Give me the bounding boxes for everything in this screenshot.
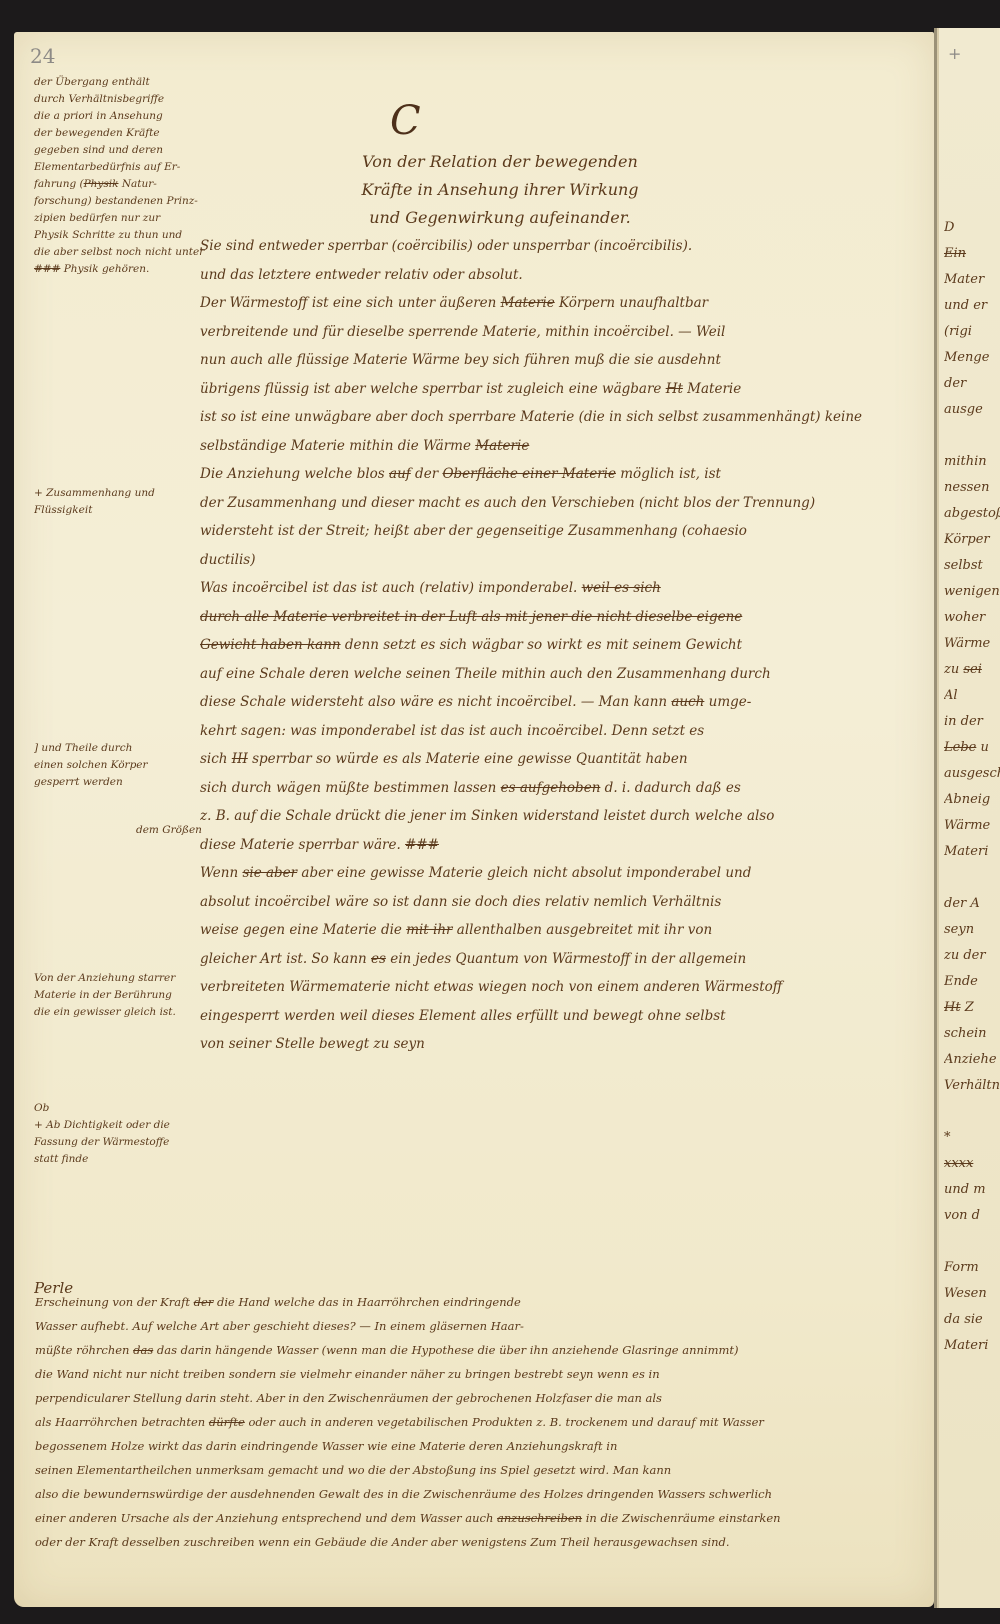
title-line: Von der Relation der bewegenden xyxy=(250,148,750,176)
margin-line: der bewegenden Kräfte xyxy=(34,125,224,142)
margin-line: ### Physik gehören. xyxy=(34,261,224,278)
struck-text: III xyxy=(232,751,248,767)
struck-text: anzuschreiben xyxy=(497,1511,582,1525)
struck-text: es xyxy=(371,951,386,967)
text-line: (rigi xyxy=(944,319,1000,345)
struck-text: ### xyxy=(34,263,60,275)
text-line: Abneig xyxy=(944,787,1000,813)
text-line: kehrt sagen: was imponderabel ist das is… xyxy=(200,717,920,746)
struck-text: weil es sich xyxy=(582,580,661,596)
margin-note-top: der Übergang enthältdurch Verhältnisbegr… xyxy=(34,74,224,278)
text-line: Wenn sie aber aber eine gewisse Materie … xyxy=(200,859,920,888)
text-line: Wärme xyxy=(944,631,1000,657)
text-line: wenigen xyxy=(944,579,1000,605)
text-line: Was incoërcibel ist das ist auch (relati… xyxy=(200,574,920,603)
margin-line: forschung) bestandenen Prinz- xyxy=(34,193,224,210)
text-line: sich durch wägen müßte bestimmen lassen … xyxy=(200,774,920,803)
text-line: Wesen xyxy=(944,1281,1000,1307)
text-line: mithin xyxy=(944,449,1000,475)
text-line: in der xyxy=(944,709,1000,735)
struck-text: der xyxy=(194,1295,214,1309)
text-line: Verhältn xyxy=(944,1073,1000,1099)
text-line: selbst xyxy=(944,553,1000,579)
adjacent-page-mark: + xyxy=(948,44,961,63)
text-line: Materi xyxy=(944,1333,1000,1359)
text-line: sich III sperrbar so würde es als Materi… xyxy=(200,745,920,774)
text-line: nun auch alle flüssige Materie Wärme bey… xyxy=(200,346,920,375)
text-line: absolut incoërcibel wäre so ist dann sie… xyxy=(200,888,920,917)
text-line: begossenem Holze wirkt das darin eindrin… xyxy=(35,1434,915,1458)
struck-text: Materie xyxy=(501,295,555,311)
struck-text: Ht xyxy=(944,1000,961,1015)
adjacent-page-text: DEinMaterund er(rigiMengederausge mithin… xyxy=(944,215,1000,1359)
text-line: nessen xyxy=(944,475,1000,501)
margin-line: die aber selbst noch nicht unter xyxy=(34,244,224,261)
text-line: Menge xyxy=(944,345,1000,371)
margin-line: Materie in der Berührung xyxy=(34,987,224,1004)
text-line: * xyxy=(944,1125,1000,1151)
text-line: zu sei xyxy=(944,657,1000,683)
text-line: Körper xyxy=(944,527,1000,553)
text-line: von seiner Stelle bewegt zu seyn xyxy=(200,1030,920,1059)
text-line: durch alle Materie verbreitet in der Luf… xyxy=(200,603,920,632)
text-line: weise gegen eine Materie die mit ihr all… xyxy=(200,916,920,945)
struck-text: auf xyxy=(389,466,411,482)
text-line xyxy=(944,423,1000,449)
margin-line: Ob xyxy=(34,1100,224,1117)
text-line: der A xyxy=(944,891,1000,917)
margin-line: Physik Schritte zu thun und xyxy=(34,227,224,244)
text-line: als Haarröhrchen betrachten dürfte oder … xyxy=(35,1410,915,1434)
section-letter: C xyxy=(390,98,421,144)
text-line: Materi xyxy=(944,839,1000,865)
text-line: gleicher Art ist. So kann es ein jedes Q… xyxy=(200,945,920,974)
text-line: perpendicularer Stellung darin steht. Ab… xyxy=(35,1386,915,1410)
margin-line: durch Verhältnisbegriffe xyxy=(34,91,224,108)
section-title: Von der Relation der bewegenden Kräfte i… xyxy=(250,148,750,232)
text-line: Erscheinung von der Kraft der die Hand w… xyxy=(35,1290,915,1314)
text-line: der xyxy=(944,371,1000,397)
margin-line: der Übergang enthält xyxy=(34,74,224,91)
text-line xyxy=(944,1229,1000,1255)
struck-text: Ein xyxy=(944,246,966,261)
text-line: selbständige Materie mithin die Wärme Ma… xyxy=(200,432,920,461)
text-line: xxxx xyxy=(944,1151,1000,1177)
text-line: ductilis) xyxy=(200,546,920,575)
text-line: der Zusammenhang und dieser macht es auc… xyxy=(200,489,920,518)
main-text: Sie sind entweder sperrbar (coërcibilis)… xyxy=(200,232,920,1059)
text-line: da sie xyxy=(944,1307,1000,1333)
margin-line: einen solchen Körper xyxy=(34,757,224,774)
text-line: verbreiteten Wärmematerie nicht etwas wi… xyxy=(200,973,920,1002)
text-line: Der Wärmestoff ist eine sich unter äußer… xyxy=(200,289,920,318)
text-line: seinen Elementartheilchen unmerksam gema… xyxy=(35,1458,915,1482)
struck-text: sei xyxy=(963,662,982,677)
text-line: Ein xyxy=(944,241,1000,267)
text-line: zu der xyxy=(944,943,1000,969)
struck-text: durch alle Materie verbreitet in der Luf… xyxy=(200,609,742,625)
struck-text: auch xyxy=(671,694,704,710)
margin-line: gesperrt werden xyxy=(34,774,224,791)
struck-text: Materie xyxy=(475,438,529,454)
struck-text: Gewicht haben kann xyxy=(200,637,341,653)
margin-note-zusammenhang: + Zusammenhang undFlüssigkeit xyxy=(34,485,224,519)
title-line: Kräfte in Ansehung ihrer Wirkung xyxy=(250,176,750,204)
struck-text: dürfte xyxy=(209,1415,245,1429)
text-line: Wärme xyxy=(944,813,1000,839)
text-line: ist so ist eine unwägbare aber doch sper… xyxy=(200,403,920,432)
text-line: Lebe u xyxy=(944,735,1000,761)
text-line: schein xyxy=(944,1021,1000,1047)
text-line xyxy=(944,1099,1000,1125)
margin-line: Flüssigkeit xyxy=(34,502,224,519)
text-line: und m xyxy=(944,1177,1000,1203)
text-line: Al xyxy=(944,683,1000,709)
text-line: übrigens flüssig ist aber welche sperrba… xyxy=(200,375,920,404)
text-line: Die Anziehung welche blos auf der Oberfl… xyxy=(200,460,920,489)
margin-line: Elementarbedürfnis auf Er- xyxy=(34,159,224,176)
struck-text: Oberfläche einer Materie xyxy=(442,466,616,482)
margin-line: ] und Theile durch xyxy=(34,740,224,757)
margin-line: + Zusammenhang und xyxy=(34,485,224,502)
text-line: müßte röhrchen das das darin hängende Wa… xyxy=(35,1338,915,1362)
text-line: von d xyxy=(944,1203,1000,1229)
text-line: Ht Z xyxy=(944,995,1000,1021)
margin-note-groessen: dem Größen xyxy=(136,822,326,839)
margin-line: + Ab Dichtigkeit oder die xyxy=(34,1117,224,1134)
text-line: woher xyxy=(944,605,1000,631)
text-line xyxy=(944,865,1000,891)
struck-text: Lebe xyxy=(944,740,976,755)
margin-note-ob: Ob+ Ab Dichtigkeit oder dieFassung der W… xyxy=(34,1100,224,1168)
text-line: ausgesch xyxy=(944,761,1000,787)
text-line: also die bewundernswürdige der ausdehnen… xyxy=(35,1482,915,1506)
margin-line: dem Größen xyxy=(136,822,326,839)
text-line: D xyxy=(944,215,1000,241)
bottom-paragraph: Erscheinung von der Kraft der die Hand w… xyxy=(35,1290,915,1554)
text-line: Wasser aufhebt. Auf welche Art aber gesc… xyxy=(35,1314,915,1338)
struck-text: sie aber xyxy=(242,865,297,881)
margin-line: die a priori in Ansehung xyxy=(34,108,224,125)
text-line: ausge xyxy=(944,397,1000,423)
title-line: und Gegenwirkung aufeinander. xyxy=(250,204,750,232)
margin-line: zipien bedürfen nur zur xyxy=(34,210,224,227)
margin-line: fahrung (Physik Natur- xyxy=(34,176,224,193)
struck-text: es aufgehoben xyxy=(501,780,601,796)
struck-text: Ht xyxy=(666,381,683,397)
text-line: auf eine Schale deren welche seinen Thei… xyxy=(200,660,920,689)
margin-line: statt finde xyxy=(34,1151,224,1168)
text-line: Form xyxy=(944,1255,1000,1281)
text-line: Ende xyxy=(944,969,1000,995)
text-line: seyn xyxy=(944,917,1000,943)
struck-text: ### xyxy=(405,837,439,853)
text-line: die Wand nicht nur nicht treiben sondern… xyxy=(35,1362,915,1386)
text-line: Sie sind entweder sperrbar (coërcibilis)… xyxy=(200,232,920,261)
text-line: abgestoß xyxy=(944,501,1000,527)
struck-text: xxxx xyxy=(944,1156,973,1171)
struck-text: das xyxy=(133,1343,153,1357)
struck-text: Physik xyxy=(84,178,119,190)
page-number: 24 xyxy=(30,44,55,68)
text-line: einer anderen Ursache als der Anziehung … xyxy=(35,1506,915,1530)
text-line: verbreitende und für dieselbe sperrende … xyxy=(200,318,920,347)
text-line: diese Schale widersteht also wäre es nic… xyxy=(200,688,920,717)
text-line: Gewicht haben kann denn setzt es sich wä… xyxy=(200,631,920,660)
text-line: Anziehe xyxy=(944,1047,1000,1073)
text-line: und er xyxy=(944,293,1000,319)
margin-line: Fassung der Wärmestoffe xyxy=(34,1134,224,1151)
margin-line: Von der Anziehung starrer xyxy=(34,970,224,987)
text-line: und das letztere entweder relativ oder a… xyxy=(200,261,920,290)
margin-line: die ein gewisser gleich ist. xyxy=(34,1004,224,1021)
text-line: widersteht ist der Streit; heißt aber de… xyxy=(200,517,920,546)
text-line: eingesperrt werden weil dieses Element a… xyxy=(200,1002,920,1031)
text-line: oder der Kraft desselben zuschreiben wen… xyxy=(35,1530,915,1554)
struck-text: mit ihr xyxy=(406,922,452,938)
margin-note-theile: ] und Theile durcheinen solchen Körperge… xyxy=(34,740,224,791)
margin-line: gegeben sind und deren xyxy=(34,142,224,159)
margin-note-anziehung: Von der Anziehung starrerMaterie in der … xyxy=(34,970,224,1021)
text-line: Mater xyxy=(944,267,1000,293)
